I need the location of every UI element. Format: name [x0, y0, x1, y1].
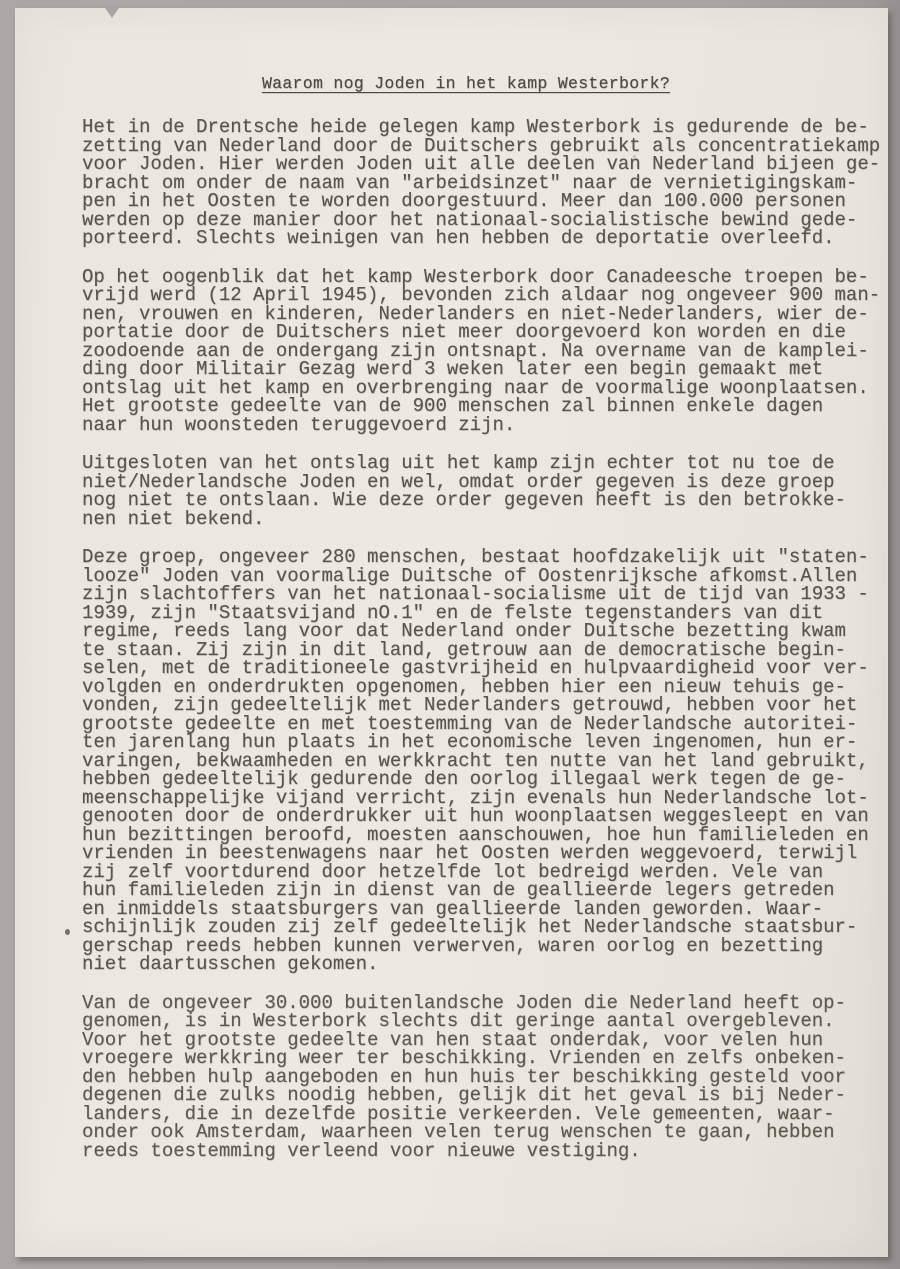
paragraph-2: Op het oogenblik dat het kamp Westerbork… [82, 268, 870, 435]
scanned-document: Waarom nog Joden in het kamp Westerbork?… [0, 0, 900, 1269]
ink-speck [633, 155, 636, 158]
ink-speck [847, 270, 849, 279]
paragraph-4: Deze groep, ongeveer 280 menschen, besta… [82, 548, 870, 974]
ink-speck [65, 929, 70, 935]
paragraph-3: Uitgesloten van het ontslag uit het kamp… [82, 454, 870, 528]
paper-page: Waarom nog Joden in het kamp Westerbork?… [15, 8, 888, 1257]
paragraph-1: Het in de Drentsche heide gelegen kamp W… [82, 118, 870, 248]
paper-notch [105, 8, 119, 18]
paragraph-5: Van de ongeveer 30.000 buitenlandsche Jo… [82, 994, 870, 1161]
document-title: Waarom nog Joden in het kamp Westerbork? [72, 74, 860, 94]
